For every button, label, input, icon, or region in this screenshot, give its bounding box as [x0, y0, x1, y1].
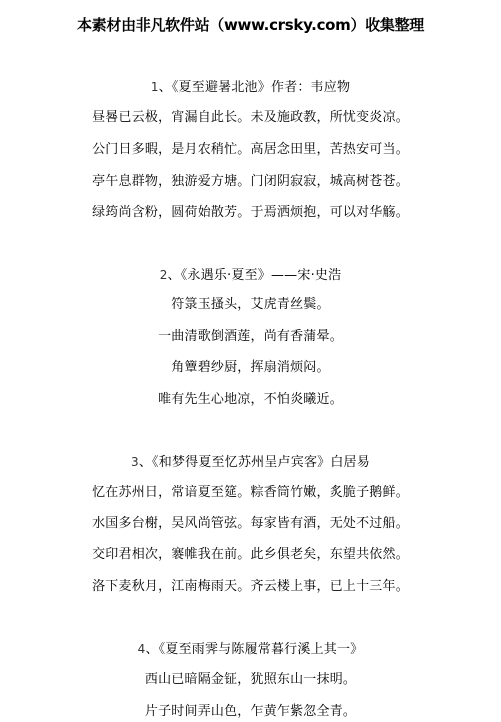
poem-line: 一曲清歌倒酒莲，尚有香蒲晕。 — [0, 328, 501, 346]
poem-line: 公门日多暇，是月农稍忙。高居念田里，苦热安可当。 — [0, 141, 501, 159]
poem-title: 、《夏至避暑北池》作者：韦应物 — [159, 80, 351, 95]
poem-title: 、《永遇乐·夏至》——宋·史浩 — [168, 268, 342, 283]
poem-title: 、《夏至雨霁与陈履常暮行溪上其一》 — [145, 642, 363, 657]
poem-line: 忆在苏州日，常谙夏至筵。粽香筒竹嫩，炙脆子鹅鲜。 — [0, 484, 501, 502]
poem-line: 西山已暗隔金钲，犹照东山一抹明。 — [0, 671, 501, 689]
poem-number: 2 — [160, 268, 168, 282]
poem-number: 1 — [151, 80, 159, 94]
poem-line: 符箓玉搔头，艾虎青丝鬓。 — [0, 296, 501, 314]
poem-line: 亭午息群物，独游爱方塘。门闭阴寂寂，城高树苍苍。 — [0, 173, 501, 191]
poem-title: 、《和梦得夏至忆苏州呈卢宾客》白居易 — [139, 455, 370, 470]
poem-number: 3 — [131, 455, 139, 469]
poem-line: 片子时间弄山色，乍黄乍紫忽全青。 — [0, 703, 501, 721]
poem-heading: 2、《永遇乐·夏至》——宋·史浩 — [0, 266, 501, 285]
poem-line: 绿筠尚含粉，圆荷始散芳。于焉洒烦抱，可以对华觞。 — [0, 204, 501, 222]
poem-heading: 4、《夏至雨霁与陈履常暮行溪上其一》 — [0, 640, 501, 659]
poem-line: 交印君相次，褰帷我在前。此乡俱老矣，东望共依然。 — [0, 546, 501, 564]
poem-heading: 1、《夏至避暑北池》作者：韦应物 — [0, 78, 501, 97]
poem-line: 昼晷已云极，宵漏自此长。未及施政教，所忧变炎凉。 — [0, 109, 501, 127]
poem-line: 洛下麦秋月，江南梅雨天。齐云楼上事，已上十三年。 — [0, 578, 501, 596]
poem-line: 唯有先生心地凉，不怕炎曦近。 — [0, 391, 501, 409]
document-title: 本素材由非凡软件站（www.crsky.com）收集整理 — [0, 14, 501, 36]
poem-heading: 3、《和梦得夏至忆苏州呈卢宾客》白居易 — [0, 453, 501, 472]
poem-line: 水国多台榭，吴风尚管弦。每家皆有酒，无处不过船。 — [0, 515, 501, 533]
poem-line: 角簟碧纱厨，挥扇消烦闷。 — [0, 359, 501, 377]
